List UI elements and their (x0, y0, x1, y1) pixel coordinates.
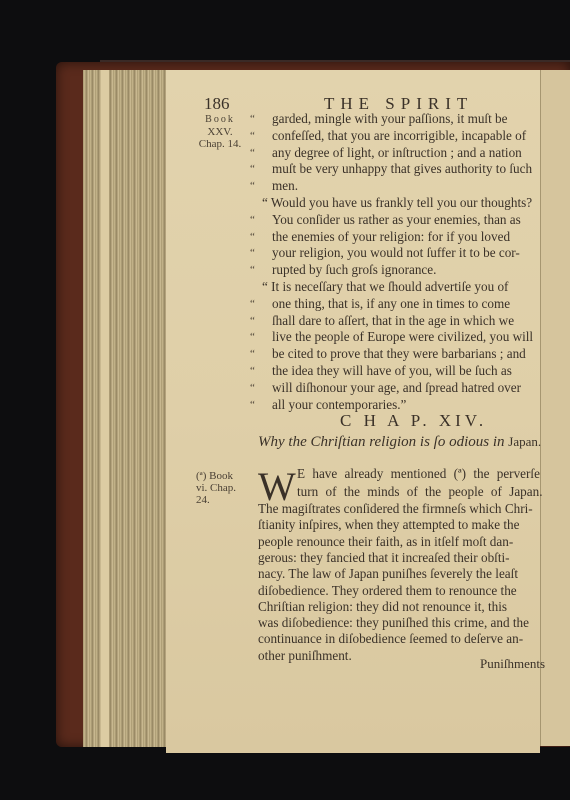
page-edges (83, 70, 169, 747)
quote-mark: “ (250, 399, 255, 411)
margin-note-footnote: (ª) Book vi. Chap. 24. (196, 470, 242, 506)
quoted-line: garded, mingle with your paſſions, it mu… (272, 111, 508, 127)
margin-note-top: Book XXV. Chap. 14. (196, 114, 244, 150)
catchword: Puniſhments (480, 656, 545, 672)
quote-mark: “ (250, 298, 255, 310)
quote-mark: “ (250, 214, 255, 226)
quoted-line: one thing, that is, if any one in times … (272, 296, 510, 312)
quote-mark: “ (250, 264, 255, 276)
quoted-line: ſhall dare to aſſert, that in the age in… (272, 313, 514, 329)
paragraph-line: diſobedience. They ordered them to renou… (258, 583, 517, 599)
quoted-line: live the people of Europe were civilized… (272, 329, 533, 345)
quoted-line: the enemies of your religion: for if you… (272, 229, 510, 245)
quoted-line: You conſider us rather as your enemies, … (272, 212, 521, 228)
quote-mark: “ (250, 247, 255, 259)
paragraph-line: turn of the minds of the people of Japan… (297, 484, 543, 500)
paragraph-line: The magiſtrates conſidered the firmneſs … (258, 501, 533, 517)
quote-mark: “ (250, 231, 255, 243)
paragraph-line: continuance in diſobedience ſeemed to de… (258, 631, 523, 647)
paragraph-line: gerous: they fancied that it increaſed t… (258, 550, 510, 566)
paragraph-line: other puniſhment. (258, 648, 352, 664)
paragraph-line: people renounce their faith, as in itſel… (258, 534, 513, 550)
quoted-line: rupted by ſuch groſs ignorance. (272, 262, 436, 278)
quote-mark: “ (250, 331, 255, 343)
paragraph-line: Chriſtian religion: they did not renounc… (258, 599, 507, 615)
quote-mark: “ (250, 163, 255, 175)
quoted-line: will diſhonour your age, and ſpread hatr… (272, 380, 521, 396)
quoted-line: “ Would you have us frankly tell you our… (262, 195, 532, 211)
quoted-line: confeſſed, that you are incorrigible, in… (272, 128, 526, 144)
paragraph-line: was diſobedience: they puniſhed this cri… (258, 615, 529, 631)
quoted-line: muſt be very unhappy that gives authorit… (272, 161, 532, 177)
quoted-line: be cited to prove that they were barbari… (272, 346, 526, 362)
quote-mark: “ (250, 147, 255, 159)
paragraph-line: E have already mentioned (ª) the perverſ… (297, 466, 540, 482)
quoted-line: the idea they will have of you, will be … (272, 363, 512, 379)
quote-mark: “ (250, 315, 255, 327)
quoted-line: men. (272, 178, 298, 194)
chapter-heading: C H A P. XIV. (340, 411, 487, 431)
quoted-line: your religion, you would not ſuffer it t… (272, 245, 520, 261)
paragraph-line: ſtianity inſpires, when they attempted t… (258, 517, 519, 533)
paragraph-line: nacy. The law of Japan puniſhes ſeverely… (258, 566, 518, 582)
quoted-line: “ It is neceſſary that we ſhould adverti… (262, 279, 508, 295)
quote-mark: “ (250, 348, 255, 360)
quote-mark: “ (250, 180, 255, 192)
quoted-line: any degree of light, or inſtruction ; an… (272, 145, 522, 161)
facing-page-edge (540, 70, 570, 746)
quote-mark: “ (250, 130, 255, 142)
chapter-subtitle: Why the Chriſtian religion is ſo odious … (258, 434, 541, 451)
quote-mark: “ (250, 113, 255, 125)
quote-mark: “ (250, 365, 255, 377)
quote-mark: “ (250, 382, 255, 394)
page-number: 186 (204, 94, 230, 114)
